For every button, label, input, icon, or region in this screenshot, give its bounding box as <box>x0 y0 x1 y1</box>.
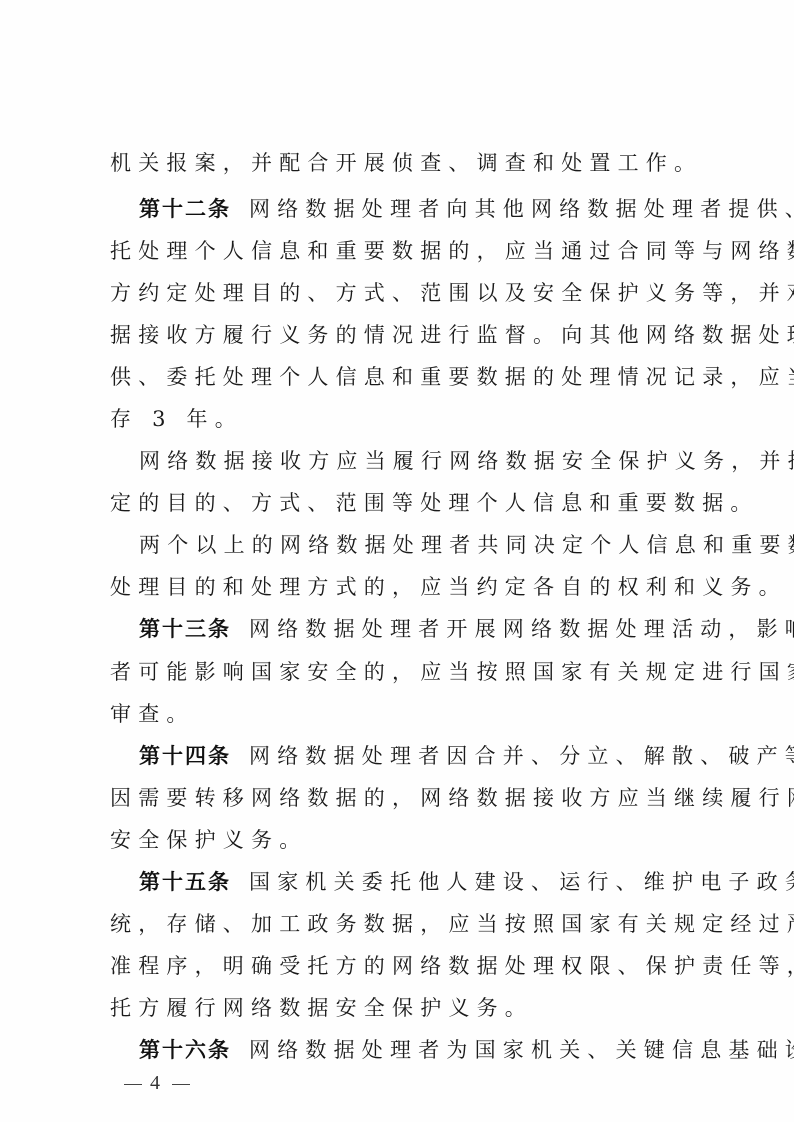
article-13-heading: 第十三条 <box>139 617 231 641</box>
paragraph-start: 两个以上的网络数据处理者共同决定个人信息和重要数据的 <box>139 530 739 560</box>
article-12-text: 网络数据处理者向其他网络数据处理者提供、委 <box>249 197 794 221</box>
article-13-line-1: 第十三条网络数据处理者开展网络数据处理活动，影响或 <box>139 614 739 644</box>
page-number: 4 <box>116 1072 198 1095</box>
article-13-text: 网络数据处理者开展网络数据处理活动，影响或 <box>249 617 794 641</box>
article-15-heading: 第十五条 <box>139 870 231 894</box>
dash-left <box>124 1084 142 1085</box>
dash-right <box>172 1084 190 1085</box>
document-page: 机关报案，并配合开展侦查、调查和处置工作。 第十二条网络数据处理者向其他网络数据… <box>0 0 794 1122</box>
text-line: 者可能影响国家安全的，应当按照国家有关规定进行国家安全 <box>110 657 710 687</box>
text-line: 托方履行网络数据安全保护义务。 <box>110 993 710 1023</box>
text-line: 供、委托处理个人信息和重要数据的处理情况记录，应当至少保 <box>110 362 710 392</box>
article-14-heading: 第十四条 <box>139 744 231 768</box>
text-line: 审查。 <box>110 699 710 729</box>
text-line-continuation: 机关报案，并配合开展侦查、调查和处置工作。 <box>110 148 710 178</box>
text-line: 统，存储、加工政务数据，应当按照国家有关规定经过严格的批 <box>110 909 710 939</box>
article-15-line-1: 第十五条国家机关委托他人建设、运行、维护电子政务系 <box>139 867 739 897</box>
text-line: 托处理个人信息和重要数据的，应当通过合同等与网络数据接收 <box>110 236 710 266</box>
text-line: 方约定处理目的、方式、范围以及安全保护义务等，并对网络数 <box>110 278 710 308</box>
article-16-line-1: 第十六条网络数据处理者为国家机关、关键信息基础设施 <box>139 1035 739 1065</box>
article-14-line-1: 第十四条网络数据处理者因合并、分立、解散、破产等原 <box>139 741 739 771</box>
paragraph-start: 网络数据接收方应当履行网络数据安全保护义务，并按照约 <box>139 446 739 476</box>
text-line: 准程序，明确受托方的网络数据处理权限、保护责任等，监督受 <box>110 951 710 981</box>
article-12-heading: 第十二条 <box>139 197 231 221</box>
text-line: 存 3 年。 <box>110 404 710 434</box>
article-15-text: 国家机关委托他人建设、运行、维护电子政务系 <box>249 870 794 894</box>
page-number-value: 4 <box>150 1072 164 1094</box>
article-16-heading: 第十六条 <box>139 1038 231 1062</box>
text-line: 处理目的和处理方式的，应当约定各自的权利和义务。 <box>110 572 710 602</box>
article-12-line-1: 第十二条网络数据处理者向其他网络数据处理者提供、委 <box>139 194 739 224</box>
text-line: 安全保护义务。 <box>110 825 710 855</box>
article-16-text: 网络数据处理者为国家机关、关键信息基础设施 <box>249 1038 794 1062</box>
text-line: 据接收方履行义务的情况进行监督。向其他网络数据处理者提 <box>110 320 710 350</box>
text-line: 因需要转移网络数据的，网络数据接收方应当继续履行网络数据 <box>110 783 710 813</box>
text-line: 定的目的、方式、范围等处理个人信息和重要数据。 <box>110 488 710 518</box>
article-14-text: 网络数据处理者因合并、分立、解散、破产等原 <box>249 744 794 768</box>
